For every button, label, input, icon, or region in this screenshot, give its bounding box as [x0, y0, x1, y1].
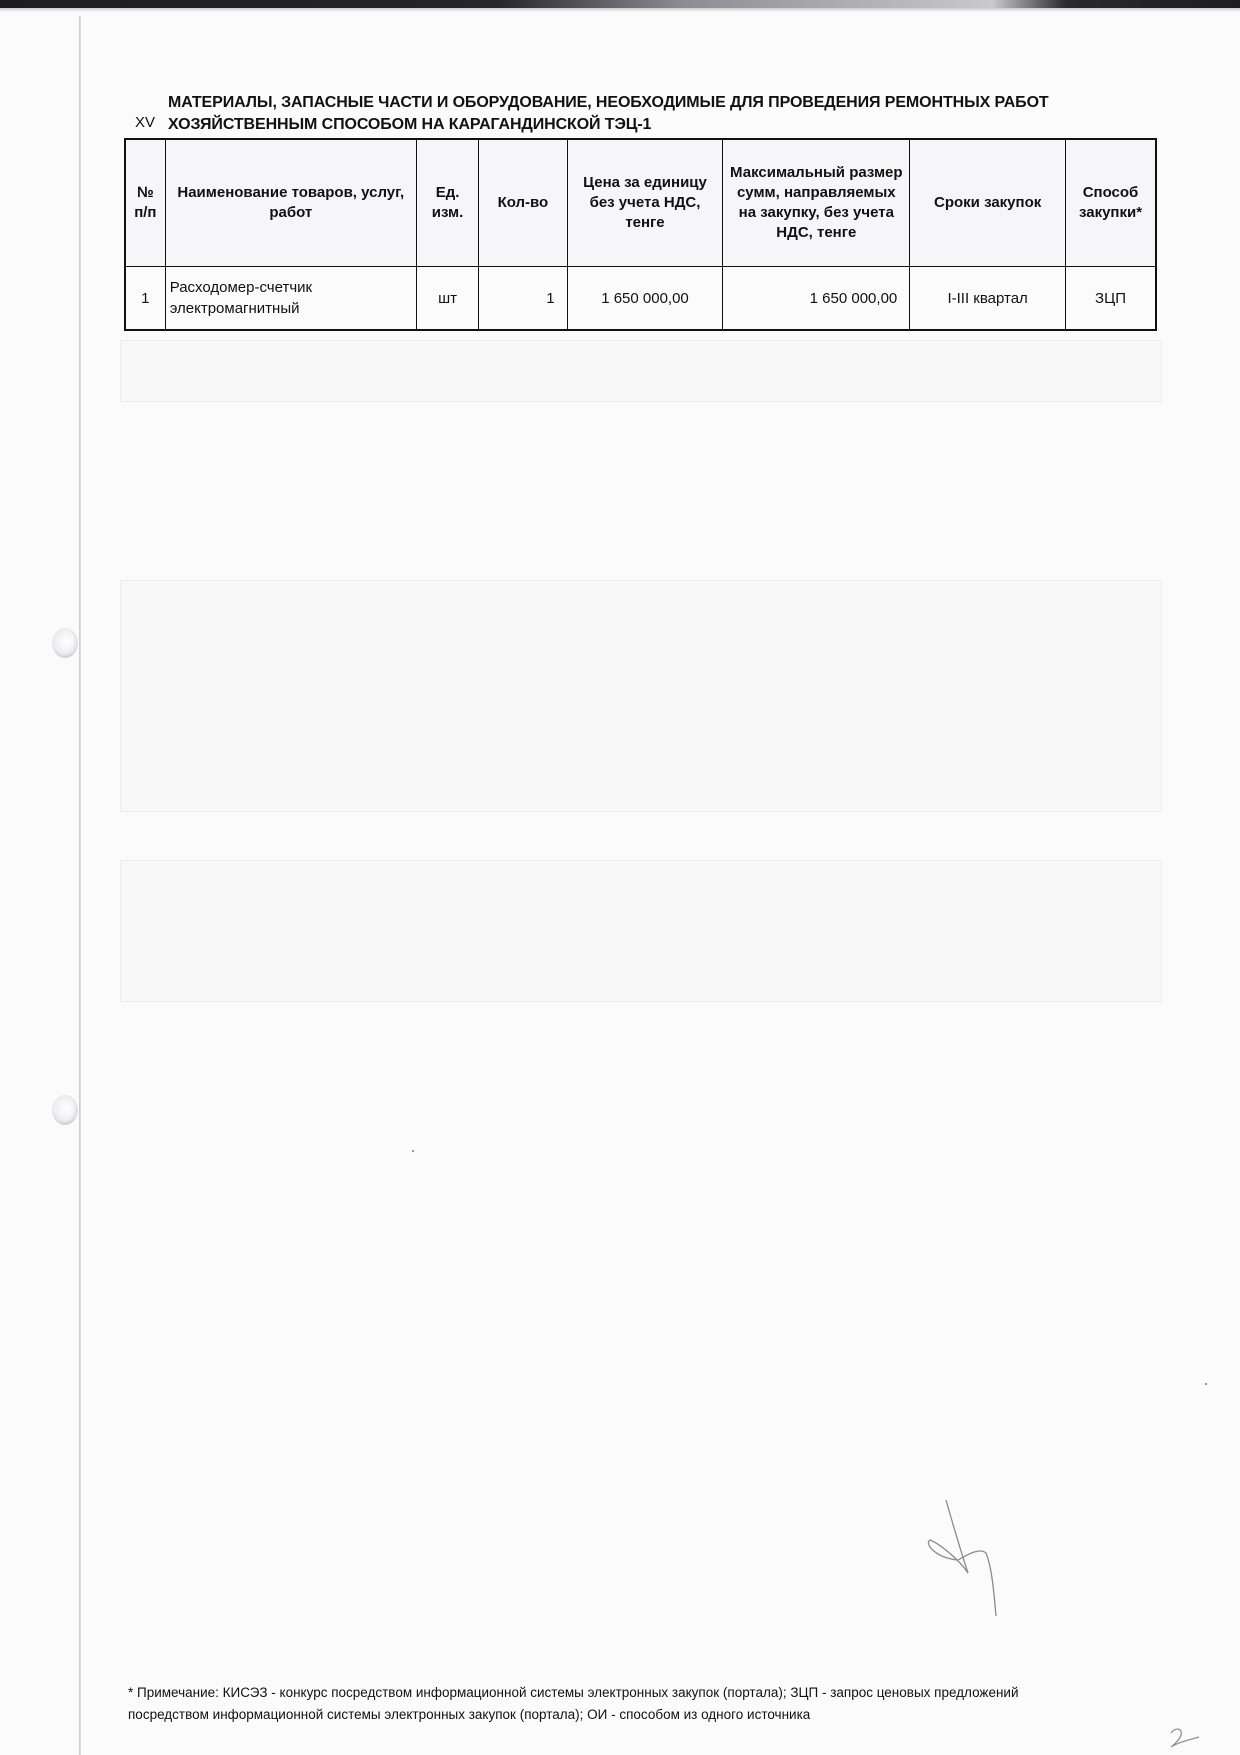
cell-unit-price: 1 650 000,00 — [567, 267, 723, 331]
cell-num: 1 — [125, 267, 165, 331]
header-name: Наименование товаров, услуг, работ — [165, 139, 416, 267]
cell-period: I-III квартал — [910, 267, 1066, 331]
bleed-through-table — [120, 340, 1162, 402]
cell-max-amount: 1 650 000,00 — [723, 267, 910, 331]
section-title: МАТЕРИАЛЫ, ЗАПАСНЫЕ ЧАСТИ И ОБОРУДОВАНИЕ… — [168, 92, 1049, 136]
cell-method: ЗЦП — [1066, 267, 1156, 331]
bleed-through-table — [120, 580, 1162, 812]
handwritten-page-number-icon — [1165, 1725, 1205, 1751]
binding-margin-line — [79, 16, 81, 1755]
cell-qty: 1 — [479, 267, 567, 331]
header-num: № п/п — [125, 139, 165, 267]
header-qty: Кол-во — [479, 139, 567, 267]
header-max-amount: Максимальный размер сумм, направляемых н… — [723, 139, 910, 267]
punch-hole-icon — [52, 1095, 78, 1125]
section-title-line-1: МАТЕРИАЛЫ, ЗАПАСНЫЕ ЧАСТИ И ОБОРУДОВАНИЕ… — [168, 92, 1049, 114]
scan-speck — [1205, 1383, 1207, 1385]
scan-speck — [412, 1150, 414, 1152]
section-number: XV — [135, 114, 155, 131]
header-method: Способ закупки* — [1066, 139, 1156, 267]
header-unit: Ед. изм. — [416, 139, 478, 267]
punch-hole-icon — [52, 628, 78, 658]
cell-name: Расходомер-счетчик электромагнитный — [165, 267, 416, 331]
cell-unit: шт — [416, 267, 478, 331]
bleed-through-table — [120, 860, 1162, 1002]
section-title-line-2: ХОЗЯЙСТВЕННЫМ СПОСОБОМ НА КАРАГАНДИНСКОЙ… — [168, 114, 1049, 136]
table-row: 1 Расходомер-счетчик электромагнитный шт… — [125, 267, 1156, 331]
table-header-row: № п/п Наименование товаров, услуг, работ… — [125, 139, 1156, 267]
header-period: Сроки закупок — [910, 139, 1066, 267]
procurement-table: № п/п Наименование товаров, услуг, работ… — [124, 138, 1157, 331]
header-unit-price: Цена за единицу без учета НДС, тенге — [567, 139, 723, 267]
scan-top-edge — [0, 0, 1240, 8]
footnote: * Примечание: КИСЭЗ - конкурс посредство… — [128, 1682, 1088, 1726]
signature-icon — [918, 1498, 998, 1618]
